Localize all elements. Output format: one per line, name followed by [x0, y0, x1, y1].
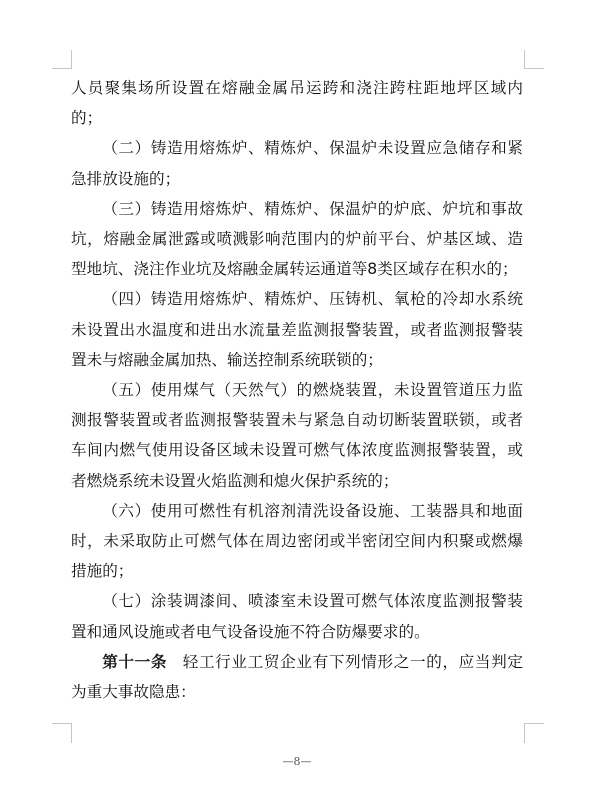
article-paragraph: 第十一条轻工行业工贸企业有下列情形之一的，应当判定为重大事故隐患：: [71, 647, 523, 707]
paragraph-item-2: （二）铸造用熔炼炉、精炼炉、保温炉未设置应急储存和紧急排放设施的；: [71, 133, 523, 193]
crop-mark-bottom-right: [524, 723, 544, 743]
crop-mark-top-left: [52, 50, 72, 69]
crop-mark-bottom-left: [52, 723, 72, 743]
crop-mark-top-right: [524, 50, 544, 69]
document-body: 人员聚集场所设置在熔融金属吊运跨和浇注跨柱距地坪区域内的； （二）铸造用熔炼炉、…: [71, 73, 523, 707]
paragraph-item-7: （七）涂装调漆间、喷漆室未设置可燃气体浓度监测报警装置和通风设施或者电气设备设施…: [71, 586, 523, 646]
paragraph-item-4: （四）铸造用熔炼炉、精炼炉、压铸机、氧枪的冷却水系统未设置出水温度和进出水流量差…: [71, 284, 523, 375]
document-page: 人员聚集场所设置在熔融金属吊运跨和浇注跨柱距地坪区域内的； （二）铸造用熔炼炉、…: [0, 0, 594, 798]
page-number: —8—: [0, 755, 594, 768]
paragraph-item-5: （五）使用煤气（天然气）的燃烧装置，未设置管道压力监测报警装置或者监测报警装置未…: [71, 375, 523, 496]
paragraph-continuation: 人员聚集场所设置在熔融金属吊运跨和浇注跨柱距地坪区域内的；: [71, 73, 523, 133]
paragraph-item-3: （三）铸造用熔炼炉、精炼炉、保温炉的炉底、炉坑和事故坑，熔融金属泄露或喷溅影响范…: [71, 194, 523, 285]
article-title: 第十一条: [102, 653, 167, 671]
paragraph-item-6: （六）使用可燃性有机溶剂清洗设备设施、工装器具和地面时，未采取防止可燃气体在周边…: [71, 496, 523, 587]
